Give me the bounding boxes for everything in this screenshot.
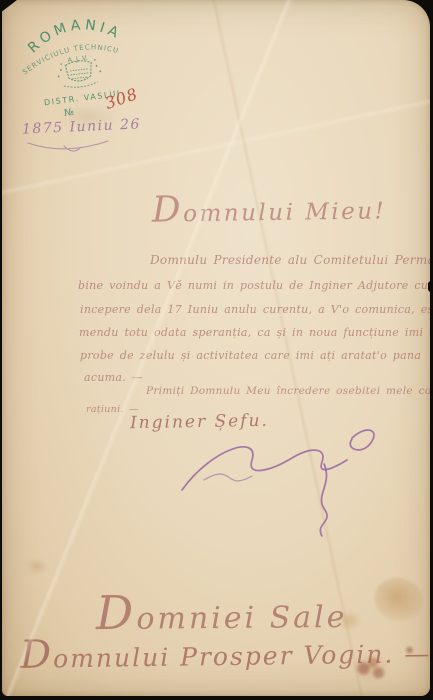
stain [26, 558, 48, 575]
corner-cut [0, 0, 17, 13]
stain [368, 571, 430, 629]
body-line: acuma. — [84, 371, 143, 384]
body-line: bine voindu a Vĕ numi in postulu de Ingi… [78, 279, 428, 292]
salutation: Domnului Mieu! [152, 186, 387, 230]
stamp-abbrev: A. J. V. [67, 54, 88, 64]
document-paper: ROMANIA SERVICIULU TECHNICU A. J. V. [2, 0, 430, 696]
addressee-line-2: Domnului Prosper Vogin. — [20, 627, 430, 678]
body-line: incepere dela 17 Iuniu anulu curentu, a … [80, 303, 430, 316]
closing-line: Primiți Domnulu Meu încredere osebitei m… [146, 385, 430, 397]
crest-icon [56, 58, 103, 89]
signature-flourish-icon [164, 418, 424, 538]
body-line: mendu totu odata speranția, ca și in nou… [79, 326, 430, 339]
stamp-number-label: № [64, 107, 75, 119]
body-line: Domnulu Presidente alu Comitetului Perma… [150, 253, 430, 267]
body-line: probe de zelulu și activitatea care imi … [80, 349, 421, 362]
official-stamp: ROMANIA SERVICIULU TECHNICU A. J. V. [10, 0, 147, 125]
edge-notch [428, 281, 433, 292]
photo-frame: ROMANIA SERVICIULU TECHNICU A. J. V. [0, 0, 433, 700]
date-flourish-icon [24, 138, 120, 154]
